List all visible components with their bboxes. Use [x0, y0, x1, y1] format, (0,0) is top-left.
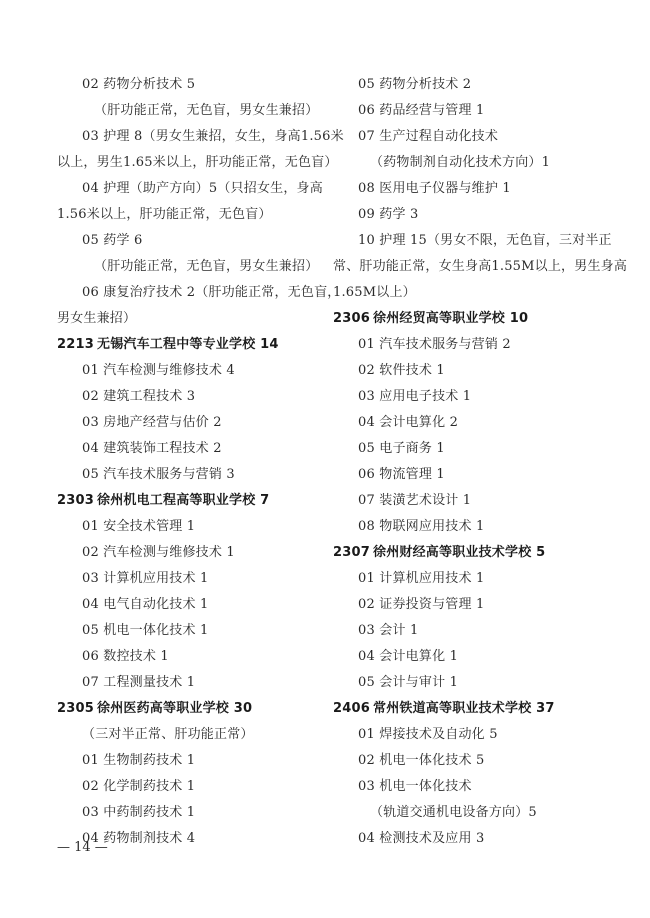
program-item: 01 汽车技术服务与营销 2 [333, 332, 613, 358]
program-item: 01 汽车检测与维修技术 4 [57, 358, 327, 384]
document-page: 02 药物分析技术 5（肝功能正常，无色盲，男女生兼招）03 护理 8（男女生兼… [0, 0, 650, 918]
continuation-line: 男女生兼招） [57, 306, 327, 332]
program-item: 02 建筑工程技术 3 [57, 384, 327, 410]
school-heading: 2306徐州经贸高等职业学校 10 [333, 306, 613, 332]
program-item: 03 会计 1 [333, 618, 613, 644]
program-item: 03 护理 8（男女生兼招，女生，身高1.56米 [57, 124, 327, 150]
school-name: 徐州机电工程高等职业学校 7 [97, 493, 269, 508]
program-item: 03 应用电子技术 1 [333, 384, 613, 410]
school-name: 常州铁道高等职业技术学校 37 [373, 701, 555, 716]
program-item: 03 中药制药技术 1 [57, 800, 327, 826]
school-heading: 2305徐州医药高等职业学校 30 [57, 696, 327, 722]
program-item: 04 建筑装饰工程技术 2 [57, 436, 327, 462]
right-column: 05 药物分析技术 206 药品经营与管理 107 生产过程自动化技术（药物制剂… [333, 72, 613, 852]
program-item: 01 生物制药技术 1 [57, 748, 327, 774]
program-item: 03 房地产经营与估价 2 [57, 410, 327, 436]
program-item: 05 电子商务 1 [333, 436, 613, 462]
program-item: 07 装潢艺术设计 1 [333, 488, 613, 514]
school-heading: 2213无锡汽车工程中等专业学校 14 [57, 332, 327, 358]
program-item: 05 会计与审计 1 [333, 670, 613, 696]
page-number: — 14 — [57, 838, 108, 858]
continuation-line: 1.65M以上） [333, 280, 613, 306]
program-item: 07 生产过程自动化技术 [333, 124, 613, 150]
program-item: 02 汽车检测与维修技术 1 [57, 540, 327, 566]
program-item: 05 药物分析技术 2 [333, 72, 613, 98]
program-item: 04 护理（助产方向）5（只招女生，身高 [57, 176, 327, 202]
program-item: 02 软件技术 1 [333, 358, 613, 384]
program-item: 06 数控技术 1 [57, 644, 327, 670]
program-item: 02 证券投资与管理 1 [333, 592, 613, 618]
program-item: 01 计算机应用技术 1 [333, 566, 613, 592]
program-item: 02 机电一体化技术 5 [333, 748, 613, 774]
program-item: 06 药品经营与管理 1 [333, 98, 613, 124]
program-item: 08 物联网应用技术 1 [333, 514, 613, 540]
continuation-line: 1.56米以上，肝功能正常，无色盲） [57, 202, 327, 228]
school-name: 徐州经贸高等职业学校 10 [373, 311, 528, 326]
program-item: 06 物流管理 1 [333, 462, 613, 488]
program-item: 10 护理 15（男女不限，无色盲，三对半正 [333, 228, 613, 254]
school-heading: 2303徐州机电工程高等职业学校 7 [57, 488, 327, 514]
continuation-line: 常、肝功能正常，女生身高1.55M以上，男生身高 [333, 254, 613, 280]
program-item: （肝功能正常，无色盲，男女生兼招） [57, 254, 327, 280]
program-item: 05 机电一体化技术 1 [57, 618, 327, 644]
program-item: 01 安全技术管理 1 [57, 514, 327, 540]
program-item: 01 焊接技术及自动化 5 [333, 722, 613, 748]
program-item: （药物制剂自动化技术方向）1 [333, 150, 613, 176]
left-column: 02 药物分析技术 5（肝功能正常，无色盲，男女生兼招）03 护理 8（男女生兼… [57, 72, 327, 852]
program-item: 05 药学 6 [57, 228, 327, 254]
program-item: （肝功能正常，无色盲，男女生兼招） [57, 98, 327, 124]
school-name: 徐州医药高等职业学校 30 [97, 701, 252, 716]
school-name: 徐州财经高等职业技术学校 5 [373, 545, 545, 560]
program-item: 09 药学 3 [333, 202, 613, 228]
program-item: 02 药物分析技术 5 [57, 72, 327, 98]
program-item: 03 机电一体化技术 [333, 774, 613, 800]
program-item: 05 汽车技术服务与营销 3 [57, 462, 327, 488]
school-code: 2213 [57, 332, 97, 358]
program-item: 08 医用电子仪器与维护 1 [333, 176, 613, 202]
school-name: 无锡汽车工程中等专业学校 14 [97, 337, 279, 352]
school-code: 2305 [57, 696, 97, 722]
school-code: 2406 [333, 696, 373, 722]
school-heading: 2307徐州财经高等职业技术学校 5 [333, 540, 613, 566]
program-item: （轨道交通机电设备方向）5 [333, 800, 613, 826]
program-item: 06 康复治疗技术 2（肝功能正常，无色盲， [57, 280, 327, 306]
school-code: 2303 [57, 488, 97, 514]
school-code: 2307 [333, 540, 373, 566]
continuation-line: 以上，男生1.65米以上，肝功能正常，无色盲） [57, 150, 327, 176]
program-item: 02 化学制药技术 1 [57, 774, 327, 800]
program-item: 04 电气自动化技术 1 [57, 592, 327, 618]
program-item: 04 检测技术及应用 3 [333, 826, 613, 852]
school-heading: 2406常州铁道高等职业技术学校 37 [333, 696, 613, 722]
program-item: 04 会计电算化 1 [333, 644, 613, 670]
program-item: 07 工程测量技术 1 [57, 670, 327, 696]
school-code: 2306 [333, 306, 373, 332]
program-item: 03 计算机应用技术 1 [57, 566, 327, 592]
program-item: 04 会计电算化 2 [333, 410, 613, 436]
program-item: （三对半正常、肝功能正常） [57, 722, 327, 748]
